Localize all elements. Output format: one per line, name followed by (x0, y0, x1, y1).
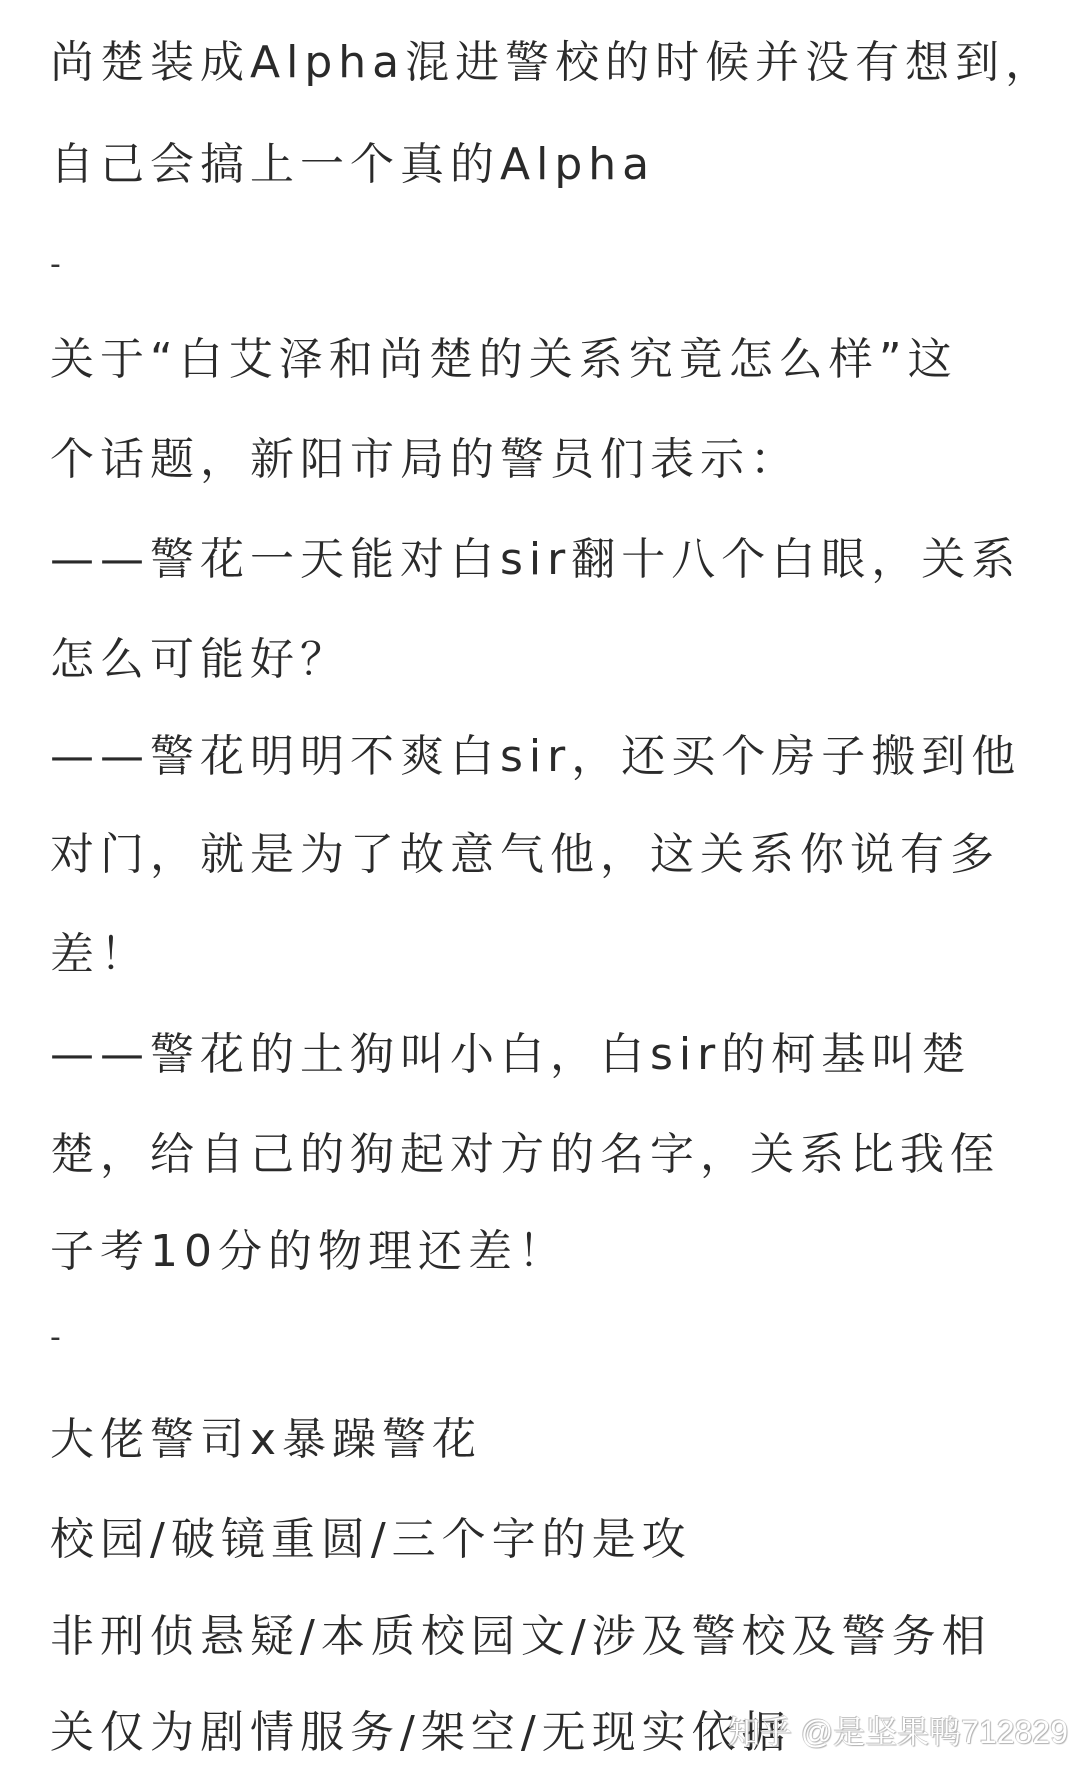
text-line: 关于“白艾泽和尚楚的关系究竟怎么样”这 (50, 330, 958, 390)
text-line: 子考10分的物理还差！ (50, 1222, 568, 1282)
section-divider: - (50, 250, 61, 280)
text-line: 非刑侦悬疑/本质校园文/涉及警校及警务相 (50, 1607, 992, 1667)
text-line: 楚，给自己的狗起对方的名字，关系比我侄 (50, 1125, 1000, 1185)
text-line: 怎么可能好？ (50, 630, 350, 690)
text-line: ——警花明明不爽白sir，还买个房子搬到他 (50, 727, 1021, 787)
text-line: 差！ (50, 925, 150, 985)
text-line: 尚楚装成Alpha混进警校的时候并没有想到， (50, 33, 1055, 93)
text-line: ——警花一天能对白sir翻十八个白眼，关系 (50, 530, 1021, 590)
section-divider: - (50, 1323, 61, 1353)
text-line: ——警花的土狗叫小白，白sir的柯基叫楚 (50, 1025, 971, 1085)
text-line: 个话题，新阳市局的警员们表示： (50, 430, 800, 490)
text-line: 大佬警司x暴躁警花 (50, 1410, 482, 1470)
text-line: 自己会搞上一个真的Alpha (50, 135, 655, 195)
text-line: 对门，就是为了故意气他，这关系你说有多 (50, 825, 1000, 885)
text-line: 关仅为剧情服务/架空/无现实依据 (50, 1703, 792, 1763)
watermark: 知乎 @是坚果鸭712829 (728, 1712, 1068, 1752)
text-line: 校园/破镜重圆/三个字的是攻 (50, 1510, 692, 1570)
